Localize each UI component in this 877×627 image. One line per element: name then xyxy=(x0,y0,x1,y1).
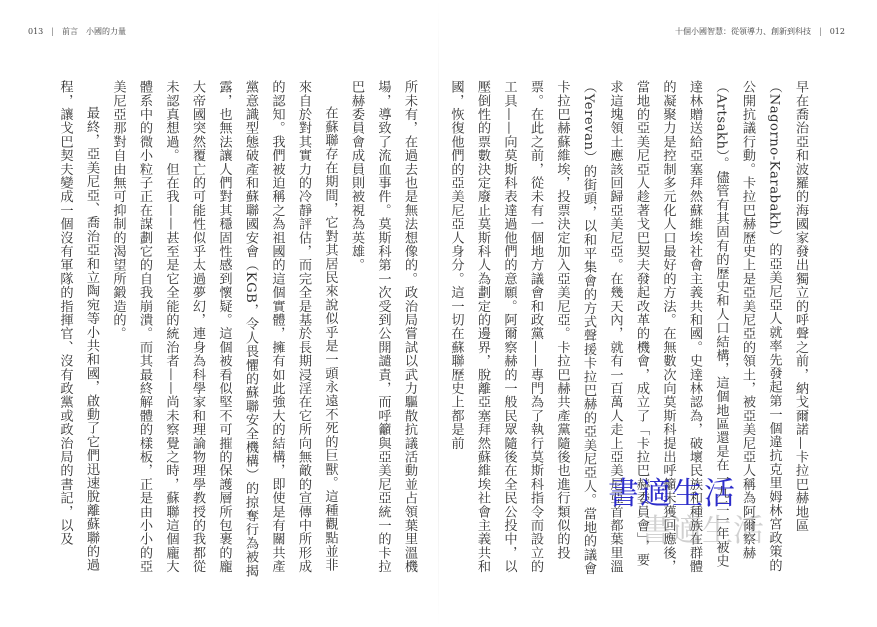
right-running-head: 十個小國智慧：從領導力、創新到科技 | 012 xyxy=(675,26,845,37)
paragraph: 所未有，在過去也是無法想像的。政治局嘗試以武力驅散抗議活動並占領葉里溫機場，導致… xyxy=(343,80,423,580)
paragraph: 最終，亞美尼亞、喬治亞和立陶宛等小共和國，啟動了它們迅速脫離蘇聯的過程，讓戈巴契… xyxy=(51,80,104,580)
header-separator: | xyxy=(51,27,54,36)
book-spread: 013 | 前言 小國的力量 十個小國智慧：從領導力、創新到科技 | 012 早… xyxy=(0,0,877,627)
left-page-number: 013 xyxy=(28,27,43,36)
watermark: 書適生活 xyxy=(608,468,736,513)
left-page-body: 所未有，在過去也是無法想像的。政治局嘗試以武力驅散抗議活動並占領葉里溫機場，導致… xyxy=(27,80,422,580)
left-running-head: 013 | 前言 小國的力量 xyxy=(28,26,126,37)
header-separator: | xyxy=(819,27,822,36)
paragraph: 在蘇聯存在期間，它對其居民來說似乎是一頭永遠不死的巨獸。這種觀點並非來自於對其實… xyxy=(104,80,343,580)
left-running-title: 前言 小國的力量 xyxy=(62,26,126,37)
right-page-number: 012 xyxy=(830,27,845,36)
right-running-title: 十個小國智慧：從領導力、創新到科技 xyxy=(675,26,811,37)
